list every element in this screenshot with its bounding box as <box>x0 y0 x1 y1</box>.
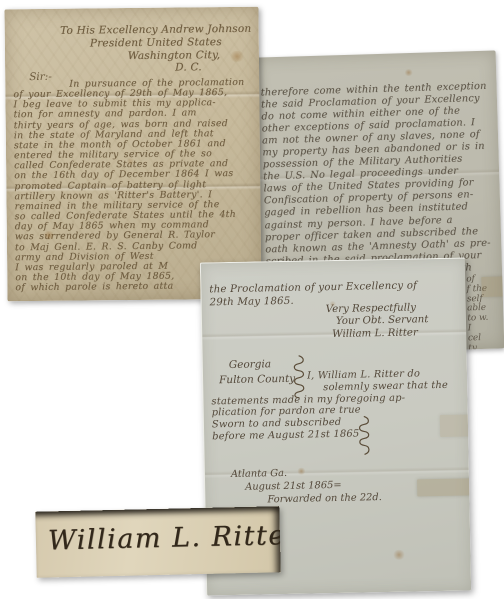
page-3-footer-block: Atlanta Ga.August 21st 1865=Forwarded on… <box>231 465 382 507</box>
page-3-closing-block: Very RespectfullyYour Obt. ServantWillia… <box>326 302 429 341</box>
handwriting-line: D. C. <box>175 61 259 75</box>
signature-strip: William L. Ritter <box>35 506 280 578</box>
document-photo: therefore come within the tenth exceptio… <box>0 0 504 599</box>
tape-mark <box>440 414 470 437</box>
stain <box>126 158 135 165</box>
page-1: To His Excellency Andrew JohnsonPresiden… <box>4 7 261 302</box>
page-1-address-block: To His Excellency Andrew JohnsonPresiden… <box>5 23 260 77</box>
handwriting-line: To His Excellency Andrew Johnson <box>53 23 259 38</box>
tape-mark <box>417 478 471 496</box>
stain <box>392 550 405 560</box>
tape-mark <box>481 276 504 297</box>
handwriting-line: William L. Ritter <box>332 327 429 341</box>
notary-flourish-icon <box>356 414 373 461</box>
stain <box>404 69 413 76</box>
handwriting-line: ty <box>468 343 489 353</box>
page-3-jurat-block: I, William L. Ritter dosolemnly swear th… <box>211 368 449 443</box>
page-2-text-block: therefore come within the tenth exceptio… <box>261 80 503 280</box>
signature: William L. Ritter <box>35 506 280 557</box>
